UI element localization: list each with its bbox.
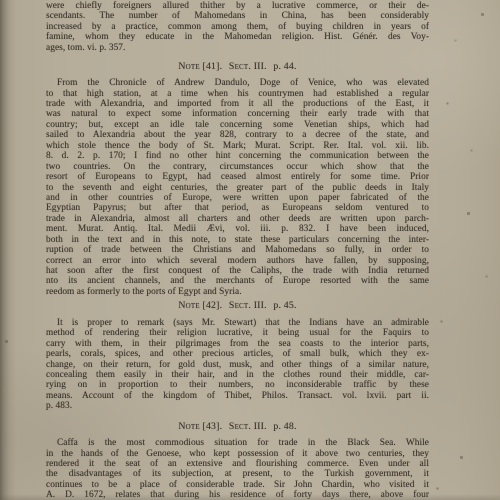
text-line: ages, tom. vi. p. 357. — [46, 43, 429, 53]
text-line: was natural to expect some information c… — [46, 109, 429, 119]
note-43-heading: Note [43]. Sect. III. p. 48. — [46, 422, 429, 432]
text-line: concealing them easily in their hair, an… — [46, 370, 429, 380]
note-43-label: Note [43]. — [178, 421, 222, 432]
text-line: famine, whom they educate in the Mahomed… — [46, 32, 429, 42]
note-41-paragraph: From the Chronicle of Andrew Dandulo, Do… — [46, 78, 429, 297]
text-line: rying on in proportion to their numbers,… — [46, 380, 429, 390]
paper-specks — [0, 0, 1, 1]
text-line: trade in Alexandria, almost all charters… — [46, 214, 429, 224]
text-line: Caffa is the most commodious situation f… — [46, 438, 429, 448]
text-line: and in other countries of Europe, were w… — [46, 193, 429, 203]
text-line: reedom as formerly to the ports of Egypt… — [46, 287, 429, 297]
text-line: change, on their return, for gold dust, … — [46, 360, 429, 370]
text-line: Egyptian Papyrus; but after that period,… — [46, 203, 429, 213]
text-line: increased by a practice, common among th… — [46, 22, 429, 32]
text-line: ruption of trade between the Christians … — [46, 245, 429, 255]
scanned-book-page: were chiefly foreigners allured thither … — [0, 0, 500, 500]
text-line: trade with Alexandria, and imported from… — [46, 99, 429, 109]
note-41-label: Note [41]. — [178, 61, 222, 72]
note-41-page-ref: p. 44. — [273, 61, 296, 72]
text-line: sailed to Alexandria about the year 828,… — [46, 130, 429, 140]
text-line: country; but, except an idle tale concer… — [46, 120, 429, 130]
text-line: ment. Murat. Antiq. Ital. Medii Ævi, vol… — [46, 224, 429, 234]
note-43-page-ref: p. 48. — [273, 421, 296, 432]
text-line: to the seventh and eight centuries, the … — [46, 183, 429, 193]
note-42-label: Note [42]. — [178, 300, 222, 311]
text-line: pearls, corals, spices, and other precio… — [46, 349, 429, 359]
text-line: p. 483. — [46, 401, 429, 411]
text-line: correct an error into which several mode… — [46, 256, 429, 266]
text-line: 8. d. 2. p. 170; I find no other hint co… — [46, 151, 429, 161]
text-line: resort of Europeans to Egypt, had ceased… — [46, 172, 429, 182]
note-42-page-ref: p. 45. — [273, 300, 296, 311]
text-line: which stole thence the body of St. Mark;… — [46, 141, 429, 151]
note-43-paragraph-cut-at-page-bottom: Caffa is the most commodious situation f… — [46, 438, 429, 500]
text-line: It is proper to remark (says Mr. Stewart… — [46, 318, 429, 328]
text-line: in the hands of the Genoese, who kept po… — [46, 449, 429, 459]
text-line: were chiefly foreigners allured thither … — [46, 1, 429, 11]
note-42-paragraph: It is proper to remark (says Mr. Stewart… — [46, 318, 429, 412]
text-line: two countries. On the contrary, circumst… — [46, 162, 429, 172]
text-line: to that high station, at a time when his… — [46, 89, 429, 99]
text-line: method of rendering their religion lucra… — [46, 328, 429, 338]
note-42-heading: Note [42]. Sect. III. p. 45. — [46, 301, 429, 311]
text-line: both in the text and in this note, to st… — [46, 235, 429, 245]
text-line: rendered it the seat of an extensive and… — [46, 459, 429, 469]
text-line: nto its ancient channels, and the mercha… — [46, 276, 429, 286]
paragraph-continued-from-previous-page: were chiefly foreigners allured thither … — [46, 1, 429, 53]
text-line: continues to be a place of considerable … — [46, 480, 429, 490]
note-42-section: Sect. III. — [229, 300, 267, 311]
text-line: means. Account of the kingdom of Thibet,… — [46, 391, 429, 401]
note-41-heading: Note [41]. Sect. III. p. 44. — [46, 62, 429, 72]
note-41-section: Sect. III. — [229, 61, 267, 72]
page-text-block: were chiefly foreigners allured thither … — [46, 1, 429, 500]
text-line: From the Chronicle of Andrew Dandulo, Do… — [46, 78, 429, 88]
text-line: A. D. 1672, relates that during his resi… — [46, 490, 429, 500]
text-line: scendants. The number of Mahomedans in C… — [46, 11, 429, 21]
text-line: hat soon after the first conquest of the… — [46, 266, 429, 276]
note-43-section: Sect. III. — [229, 421, 267, 432]
text-line: the disadvantages of its subjection, at … — [46, 469, 429, 479]
text-line: carry with them, in their pilgrimages fr… — [46, 339, 429, 349]
